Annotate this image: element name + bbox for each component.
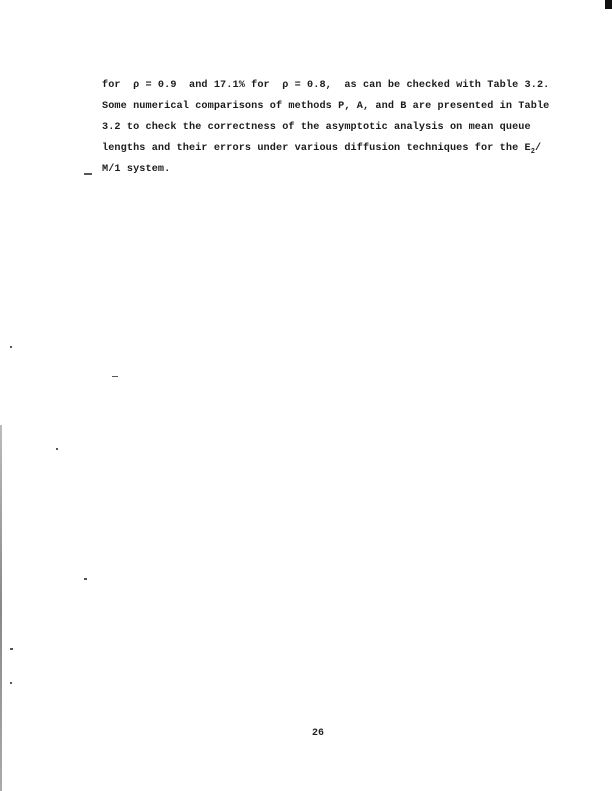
scan-speck bbox=[10, 682, 12, 684]
line-text: lengths and their errors under various d… bbox=[102, 143, 531, 154]
scan-speck bbox=[56, 448, 58, 450]
body-text-line: M/1 system. bbox=[102, 164, 170, 175]
scan-speck bbox=[84, 173, 92, 175]
page-number: 26 bbox=[312, 728, 324, 739]
document-page: for ρ = 0.9 and 17.1% for ρ = 0.8, as ca… bbox=[0, 0, 612, 791]
scan-edge-shadow bbox=[0, 425, 2, 791]
scan-speck bbox=[10, 648, 13, 650]
scan-speck bbox=[112, 376, 118, 377]
body-text-line: for ρ = 0.9 and 17.1% for ρ = 0.8, as ca… bbox=[102, 80, 549, 91]
slash: / bbox=[535, 143, 541, 154]
body-text-line: Some numerical comparisons of methods P,… bbox=[102, 101, 549, 112]
scan-corner-mark bbox=[605, 0, 612, 9]
scan-speck bbox=[84, 578, 87, 580]
body-text-line: lengths and their errors under various d… bbox=[102, 143, 541, 156]
body-text-line: 3.2 to check the correctness of the asym… bbox=[102, 122, 531, 133]
scan-speck bbox=[10, 346, 12, 348]
